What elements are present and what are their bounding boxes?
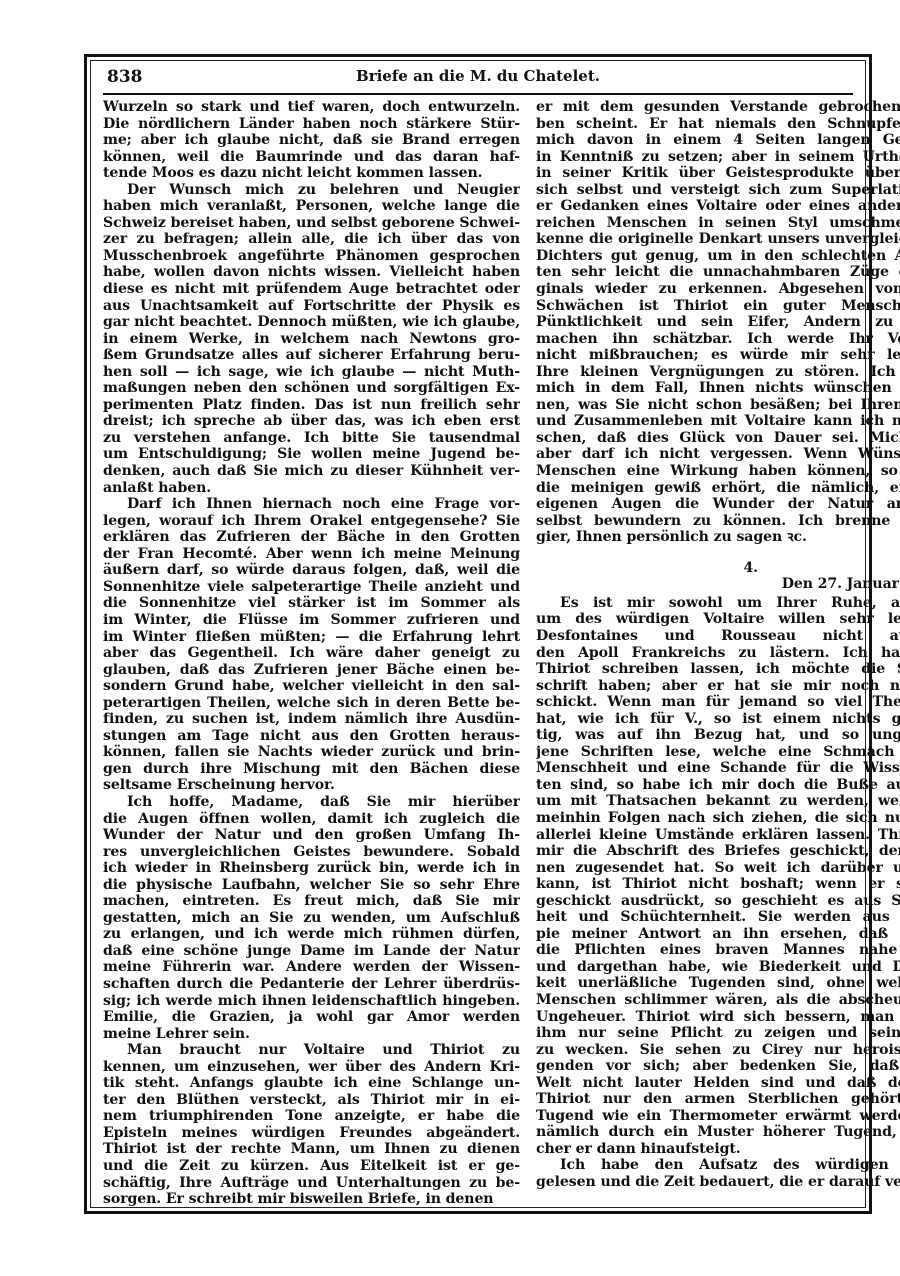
text-line: finden, zu suchen ist, indem nämlich ihr… — [103, 711, 520, 728]
text-line: Darf ich Ihnen hiernach noch eine Frage … — [103, 496, 520, 513]
text-line: Thiriot nur den armen Sterblichen gehört… — [536, 1091, 900, 1108]
right-column: er mit dem gesunden Verstande gebrochen … — [528, 99, 900, 1203]
text-line: allerlei kleine Umstände erklären lassen… — [536, 827, 900, 844]
text-line: tik steht. Anfangs glaubte ich eine Schl… — [103, 1075, 520, 1092]
text-line: mich davon in einem 4 Seiten langen Gesc… — [536, 132, 900, 149]
text-line: können, weil die Baumrinde und das daran… — [103, 149, 520, 166]
text-line: ter den Blüthen versteckt, als Thiriot m… — [103, 1092, 520, 1109]
letter-4-text: Es ist mir sowohl um Ihrer Ruhe, als auc… — [536, 595, 900, 1191]
text-line: machen ihn schätzbar. Ich werde Ihr Vert… — [536, 331, 900, 348]
text-line: schickt. Wenn man für jemand so viel The… — [536, 694, 900, 711]
text-line: Ich habe den Aufsatz des würdigen Voltai… — [536, 1157, 900, 1174]
text-line: Desfontaines und Rousseau nicht aufhören… — [536, 628, 900, 645]
text-line: cher er dann hinaufsteigt. — [536, 1141, 900, 1158]
left-column: Wurzeln so stark und tief waren, doch en… — [103, 99, 528, 1203]
text-line: hat, wie ich für V., so ist einem nichts… — [536, 711, 900, 728]
text-line: im Winter, die Flüsse im Sommer zufriere… — [103, 612, 520, 629]
text-line: nen zugesendet hat. So weit ich darüber … — [536, 860, 900, 877]
text-line: ten sind, so habe ich mir doch die Buße … — [536, 777, 900, 794]
text-line: keit unerläßliche Tugenden sind, ohne we… — [536, 975, 900, 992]
text-line: Thiriot schreiben lassen, ich möchte die… — [536, 661, 900, 678]
text-line: hen soll — ich sage, wie ich glaube — ni… — [103, 364, 520, 381]
text-line: kann, ist Thiriot nicht boshaft; wenn er… — [536, 876, 900, 893]
text-line: heit und Schüchternheit. Sie werden aus … — [536, 909, 900, 926]
text-line: meine Lehrer sein. — [103, 1026, 520, 1043]
text-line: perimenten Platz finden. Das ist nun fre… — [103, 397, 520, 414]
text-line: tende Moos es dazu nicht leicht kommen l… — [103, 165, 520, 182]
text-line: Wurzeln so stark und tief waren, doch en… — [103, 99, 520, 116]
text-line: um Entschuldigung; Sie wollen meine Juge… — [103, 446, 520, 463]
text-line: jene Schriften lese, welche eine Schmach… — [536, 744, 900, 761]
text-line: zer zu befragen; allein alle, die ich üb… — [103, 231, 520, 248]
text-line: Schweiz bereiset haben, und selbst gebor… — [103, 215, 520, 232]
text-line: in seiner Kritik über Geistesprodukte üb… — [536, 165, 900, 182]
text-line: um mit Thatsachen bekannt zu werden, wel… — [536, 793, 900, 810]
text-line: aber darf ich nicht vergessen. Wenn Wüns… — [536, 446, 900, 463]
text-line: ten sehr leicht die unnachahmbaren Züge … — [536, 264, 900, 281]
text-line: kennen, um einzusehen, wer über des Ande… — [103, 1059, 520, 1076]
text-line: meine Führerin war. Andere werden der Wi… — [103, 959, 520, 976]
text-line: Ihre kleinen Vergnügungen zu stören. Ich… — [536, 364, 900, 381]
text-line: maßungen neben den schönen und sorgfälti… — [103, 380, 520, 397]
text-line: die Sonnenhitze viel stärker ist im Somm… — [103, 595, 520, 612]
text-line: Menschen eine Wirkung haben können, so w… — [536, 463, 900, 480]
text-line: nämlich durch ein Muster höherer Tugend,… — [536, 1124, 900, 1141]
running-title: Briefe an die M. du Chatelet. — [103, 67, 853, 85]
text-line: er mit dem gesunden Verstande gebrochen … — [536, 99, 900, 116]
text-line: der Fran Hecomté. Aber wenn ich meine Me… — [103, 546, 520, 563]
text-line: Thiriot ist der rechte Mann, um Ihnen zu… — [103, 1141, 520, 1158]
text-line: kenne die originelle Denkart unsers unve… — [536, 231, 900, 248]
text-line: res unvergleichlichen Geistes bewundere.… — [103, 844, 520, 861]
text-line: zu erlangen, und ich werde mich rühmen d… — [103, 926, 520, 943]
text-line: ben scheint. Er hat niemals den Schnupfe… — [536, 116, 900, 133]
text-line: eigenen Augen die Wunder der Natur an Ih… — [536, 496, 900, 513]
text-line: selbst bewundern zu können. Ich brenne v… — [536, 513, 900, 530]
text-line: in Kenntniß zu setzen; aber in seinem Ur… — [536, 149, 900, 166]
text-line: ihm nur seine Pflicht zu zeigen und sein… — [536, 1025, 900, 1042]
text-line: schäftig, Ihre Aufträge und Unterhaltung… — [103, 1175, 520, 1192]
text-line: stungen am Tage nicht aus den Grotten he… — [103, 728, 520, 745]
text-line: daß eine schöne junge Dame im Lande der … — [103, 943, 520, 960]
text-line: haben mich veranlaßt, Personen, welche l… — [103, 198, 520, 215]
text-line: und Zusammenleben mit Voltaire kann ich … — [536, 413, 900, 430]
text-line: Schwächen ist Thiriot ein guter Mensch. … — [536, 298, 900, 315]
text-line: sig; ich werde mich ihnen leidenschaftli… — [103, 993, 520, 1010]
text-line: Episteln meines würdigen Freundes abgeän… — [103, 1125, 520, 1142]
text-line: äußern darf, so würde daraus folgen, daß… — [103, 562, 520, 579]
text-line: und dargethan habe, wie Biederkeit und D… — [536, 959, 900, 976]
text-line: und die Zeit zu kürzen. Aus Eitelkeit is… — [103, 1158, 520, 1175]
letter-date: Den 27. Januar 1739. — [536, 576, 900, 593]
text-line: schrift haben; aber er hat sie mir noch … — [536, 678, 900, 695]
text-line: die physische Laufbahn, welcher Sie so s… — [103, 877, 520, 894]
text-line: können, fallen sie Nachts wieder zurück … — [103, 744, 520, 761]
text-line: gen durch ihre Mischung mit den Bächen d… — [103, 761, 520, 778]
text-line: reichen Menschen in seinen Styl umschmel… — [536, 215, 900, 232]
text-line: Es ist mir sowohl um Ihrer Ruhe, als auc… — [536, 595, 900, 612]
text-line: legen, worauf ich Ihrem Orakel entgegens… — [103, 513, 520, 530]
text-line: gestatten, mich an Sie zu wenden, um Auf… — [103, 910, 520, 927]
text-line: Ungeheuer. Thiriot wird sich bessern, ma… — [536, 1009, 900, 1026]
text-line: aber das Gegentheil. Ich wäre daher gene… — [103, 645, 520, 662]
text-line: Pünktlichkeit und sein Eifer, Andern zu … — [536, 314, 900, 331]
text-line: anlaßt haben. — [103, 480, 520, 497]
page-header: 838 Briefe an die M. du Chatelet. — [103, 63, 853, 91]
text-line: zu verstehen anfange. Ich bitte Sie taus… — [103, 430, 520, 447]
text-line: in einem Werke, in welchem nach Newtons … — [103, 331, 520, 348]
text-line: ich wieder in Rheinsberg zurück bin, wer… — [103, 860, 520, 877]
text-line: mich in dem Fall, Ihnen nichts wünschen … — [536, 380, 900, 397]
page-frame: 838 Briefe an die M. du Chatelet. Wurzel… — [84, 54, 872, 1214]
text-line: Die nördlichern Länder haben noch stärke… — [103, 116, 520, 133]
text-line: ßem Grundsatze alles auf sicherer Erfahr… — [103, 347, 520, 364]
text-line: sondern Grund habe, welcher vielleicht i… — [103, 678, 520, 695]
text-line: mir die Abschrift des Briefes geschickt,… — [536, 843, 900, 860]
text-line: nen, was Sie nicht schon besäßen; bei Ih… — [536, 397, 900, 414]
right-column-text-continued: er mit dem gesunden Verstande gebrochen … — [536, 99, 900, 546]
text-line: ginals wieder zu erkennen. Abgesehen von… — [536, 281, 900, 298]
text-line: geschickt ausdrückt, so geschieht es aus… — [536, 893, 900, 910]
text-line: meinhin Folgen nach sich ziehen, die sic… — [536, 810, 900, 827]
text-line: im Winter fließen müßten; — die Erfahrun… — [103, 629, 520, 646]
text-line: erklären das Zufrieren der Bäche in den … — [103, 529, 520, 546]
text-line: Musschenbroek angeführte Phänomen gespro… — [103, 248, 520, 265]
text-line: peterartigen Theilen, welche sich in der… — [103, 695, 520, 712]
text-line: zu wecken. Sie sehen zu Cirey nur herois… — [536, 1042, 900, 1059]
text-line: Tugend wie ein Thermometer erwärmt werde… — [536, 1108, 900, 1125]
text-line: Dichters gut genug, um in den schlechten… — [536, 248, 900, 265]
text-line: diese es nicht mit prüfendem Auge betrac… — [103, 281, 520, 298]
text-line: die Pflichten eines braven Mannes nahe g… — [536, 942, 900, 959]
text-line: Der Wunsch mich zu belehren und Neugier — [103, 182, 520, 199]
text-line: Sonnenhitze viele salpeterartige Theile … — [103, 579, 520, 596]
text-line: schaften durch die Pedanterie der Lehrer… — [103, 976, 520, 993]
text-line: gar nicht beachtet. Dennoch müßten, wie … — [103, 314, 520, 331]
text-line: Man braucht nur Voltaire und Thiriot zu — [103, 1042, 520, 1059]
text-line: aus Unachtsamkeit auf Fortschritte der P… — [103, 298, 520, 315]
text-line: pie meiner Antwort an ihn ersehen, daß i… — [536, 926, 900, 943]
text-line: die meinigen gewiß erhört, die nämlich, … — [536, 480, 900, 497]
text-line: me; aber ich glaube nicht, daß sie Brand… — [103, 132, 520, 149]
letter-number: 4. — [536, 560, 900, 577]
text-line: dreist; ich spreche ab über das, was ich… — [103, 413, 520, 430]
text-line: Menschheit und eine Schande für die Wiss… — [536, 760, 900, 777]
header-rule — [103, 93, 853, 95]
text-line: glauben, daß das Zufrieren jener Bäche e… — [103, 662, 520, 679]
text-columns: Wurzeln so stark und tief waren, doch en… — [103, 99, 855, 1203]
text-line: schen, daß dies Glück von Dauer sei. Mic… — [536, 430, 900, 447]
text-line: gelesen und die Zeit bedauert, die er da… — [536, 1174, 900, 1191]
text-line: Ich hoffe, Madame, daß Sie mir hierüber — [103, 794, 520, 811]
text-line: Welt nicht lauter Helden sind und daß de… — [536, 1075, 900, 1092]
text-line: um des würdigen Voltaire willen sehr lei… — [536, 611, 900, 628]
text-line: sich selbst und versteigt sich zum Super… — [536, 182, 900, 199]
text-line: Wunder der Natur und den großen Umfang I… — [103, 827, 520, 844]
text-line: denken, auch daß Sie mich zu dieser Kühn… — [103, 463, 520, 480]
text-line: er Gedanken eines Voltaire oder eines an… — [536, 198, 900, 215]
text-line: machen, eintreten. Es freut mich, daß Si… — [103, 893, 520, 910]
text-line: genden vor sich; aber bedenken Sie, daß … — [536, 1058, 900, 1075]
text-line: Emilie, die Grazien, ja wohl gar Amor we… — [103, 1009, 520, 1026]
text-line: habe, wollen davon nichts wissen. Vielle… — [103, 264, 520, 281]
text-line: gier, Ihnen persönlich zu sagen ꝛc. — [536, 529, 900, 546]
text-line: nem triumphirenden Tone anzeigte, er hab… — [103, 1108, 520, 1125]
text-line: seltsame Erscheinung hervor. — [103, 777, 520, 794]
text-line: den Apoll Frankreichs zu lästern. Ich ha… — [536, 645, 900, 662]
text-line: die Augen öffnen wollen, damit ich zugle… — [103, 811, 520, 828]
text-line: Menschen schlimmer wären, als die absche… — [536, 992, 900, 1009]
text-line: sorgen. Er schreibt mir bisweilen Briefe… — [103, 1191, 520, 1208]
text-line: tig, was auf ihn Bezug hat, und so unger… — [536, 727, 900, 744]
text-line: nicht mißbrauchen; es würde mir sehr lei… — [536, 347, 900, 364]
